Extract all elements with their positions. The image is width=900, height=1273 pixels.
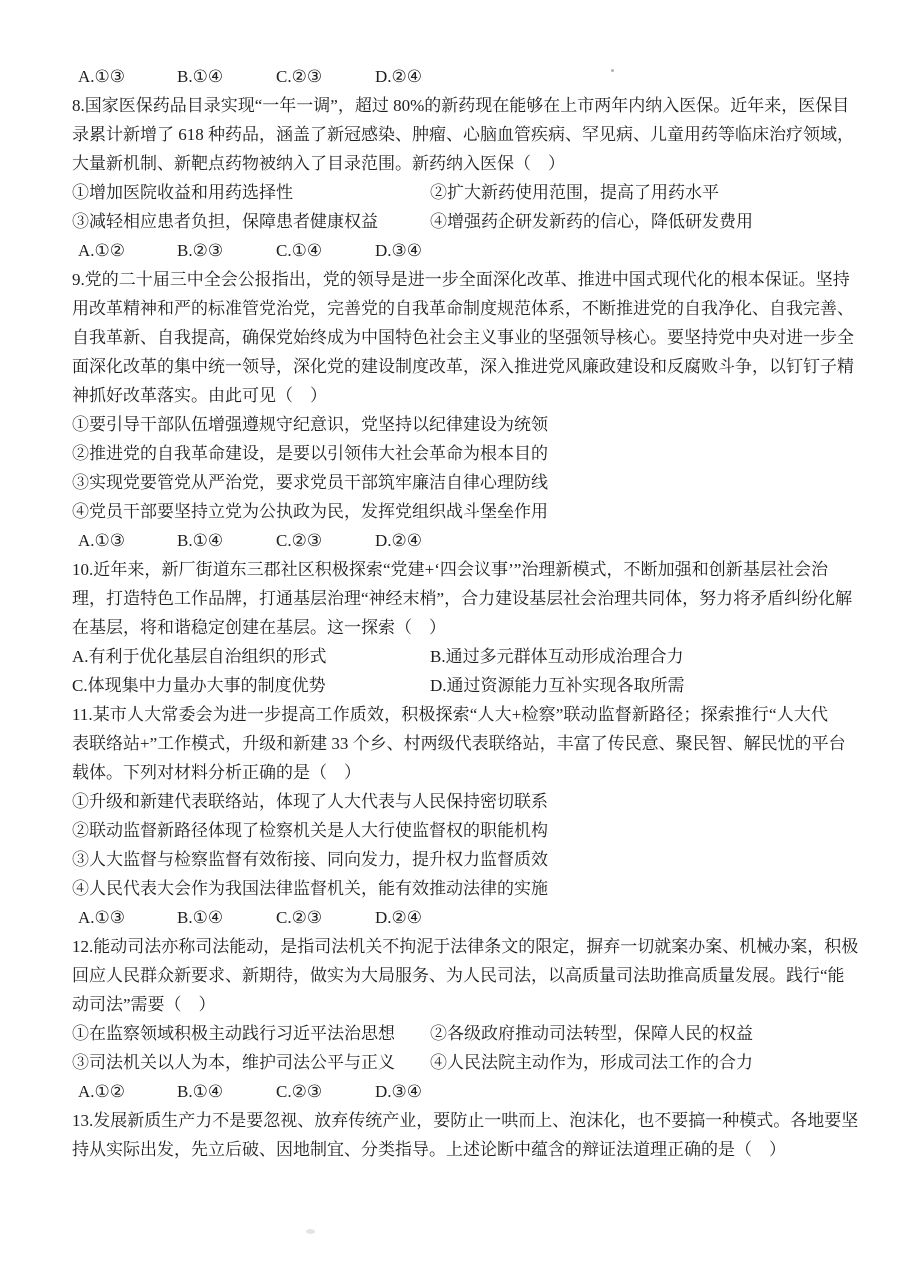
answer-choice: A.①③	[78, 903, 177, 932]
option-left: ①在监察领域积极主动践行习近平法治思想	[72, 1019, 430, 1048]
option-right: ④增强药企研发新药的信心，降低研发费用	[430, 212, 753, 231]
text-line: 大量新机制、新靶点药物被纳入了目录范围。新药纳入医保（ ）	[72, 149, 828, 178]
text-line: 8.国家医保药品目录实现“一年一调”，超过 80%的新药现在能够在上市两年内纳入…	[72, 91, 828, 120]
answer-choices-row: A.①③B.①④C.②③D.②④	[72, 526, 828, 555]
answer-choices-row: A.①②B.①④C.②③D.③④	[72, 1077, 828, 1106]
option-pair-row: ③减轻相应患者负担，保障患者健康权益④增强药企研发新药的信心，降低研发费用	[72, 207, 828, 236]
text-line: ②联动监督新路径体现了检察机关是人大行使监督权的职能机构	[72, 816, 828, 845]
answer-choice: C.①④	[276, 236, 375, 265]
option-right: D.通过资源能力互补实现各取所需	[430, 676, 685, 695]
option-left: ③司法机关以人为本，维护司法公平与正义	[72, 1048, 430, 1077]
answer-choice: A.①③	[78, 62, 177, 91]
text-line: 动司法”需要（ ）	[72, 990, 828, 1019]
answer-choices-row: A.①③B.①④C.②③D.②④	[72, 62, 828, 91]
text-line: ①升级和新建代表联络站，体现了人大代表与人民保持密切联系	[72, 787, 828, 816]
text-line: ①要引导干部队伍增强遵规守纪意识，党坚持以纪律建设为统领	[72, 410, 828, 439]
text-line: 用改革精神和严的标准管党治党，完善党的自我革命制度规范体系，不断推进党的自我净化…	[72, 294, 828, 323]
option-left: A.有利于优化基层自治组织的形式	[72, 642, 430, 671]
answer-choice: C.②③	[276, 903, 375, 932]
option-pair-row: ①增加医院收益和用药选择性②扩大新药使用范围，提高了用药水平	[72, 178, 828, 207]
answer-choice: A.①②	[78, 1077, 177, 1106]
text-line: 神抓好改革落实。由此可见（ ）	[72, 381, 828, 410]
text-line: 理，打造特色工作品牌，打通基层治理“神经末梢”，合力建设基层社会治理共同体，努力…	[72, 584, 828, 613]
option-left: C.体现集中力量办大事的制度优势	[72, 671, 430, 700]
answer-choice: B.①④	[177, 1077, 276, 1106]
text-line: 13.发展新质生产力不是要忽视、放弃传统产业，要防止一哄而上、泡沫化，也不要搞一…	[72, 1106, 828, 1135]
option-left: ①增加医院收益和用药选择性	[72, 178, 430, 207]
answer-choice: A.①③	[78, 526, 177, 555]
text-line: 10.近年来，新厂街道东三郡社区积极探索“党建+‘四会议事’”治理新模式，不断加…	[72, 555, 828, 584]
text-line: ④党员干部要坚持立党为公执政为民，发挥党组织战斗堡垒作用	[72, 497, 828, 526]
answer-choice: D.②④	[375, 526, 422, 555]
option-pair-row: C.体现集中力量办大事的制度优势D.通过资源能力互补实现各取所需	[72, 671, 828, 700]
option-left: ③减轻相应患者负担，保障患者健康权益	[72, 207, 430, 236]
text-line: ②推进党的自我革命建设，是要以引领伟大社会革命为根本目的	[72, 439, 828, 468]
answer-choices-row: A.①②B.②③C.①④D.③④	[72, 236, 828, 265]
answer-choice: A.①②	[78, 236, 177, 265]
option-right: ②扩大新药使用范围，提高了用药水平	[430, 183, 719, 202]
text-line: 11.某市人大常委会为进一步提高工作质效，积极探索“人大+检察”联动监督新路径；…	[72, 700, 828, 729]
text-line: 回应人民群众新要求、新期待，做实为大局服务、为人民司法，以高质量司法助推高质量发…	[72, 961, 828, 990]
answer-choice: C.②③	[276, 62, 375, 91]
answer-choice: D.③④	[375, 236, 422, 265]
answer-choice: D.②④	[375, 903, 422, 932]
answer-choice: C.②③	[276, 526, 375, 555]
scan-smudge	[306, 1229, 315, 1234]
text-line: 自我革新、自我提高，确保党始终成为中国特色社会主义事业的坚强领导核心。要坚持党中…	[72, 323, 828, 352]
scan-speck	[611, 69, 614, 72]
answer-choice: D.②④	[375, 62, 422, 91]
answer-choice: D.③④	[375, 1077, 422, 1106]
option-right: ④人民法院主动作为，形成司法工作的合力	[430, 1053, 753, 1072]
text-line: 在基层，将和谐稳定创建在基层。这一探索（ ）	[72, 613, 828, 642]
option-right: B.通过多元群体互动形成治理合力	[430, 647, 684, 666]
text-line: 面深化改革的集中统一领导，深化党的建设制度改革，深入推进党风廉政建设和反腐败斗争…	[72, 352, 828, 381]
answer-choice: B.①④	[177, 526, 276, 555]
exam-page: A.①③B.①④C.②③D.②④8.国家医保药品目录实现“一年一调”，超过 80…	[0, 0, 900, 1273]
text-line: 载体。下列对材料分析正确的是（ ）	[72, 758, 828, 787]
exam-body: A.①③B.①④C.②③D.②④8.国家医保药品目录实现“一年一调”，超过 80…	[72, 62, 828, 1164]
option-pair-row: ③司法机关以人为本，维护司法公平与正义④人民法院主动作为，形成司法工作的合力	[72, 1048, 828, 1077]
text-line: 表联络站+”工作模式，升级和新建 33 个乡、村两级代表联络站，丰富了传民意、聚…	[72, 729, 828, 758]
text-line: 录累计新增了 618 种药品，涵盖了新冠感染、肿瘤、心脑血管疾病、罕见病、儿童用…	[72, 120, 828, 149]
text-line: ③实现党要管党从严治党，要求党员干部筑牢廉洁自律心理防线	[72, 468, 828, 497]
option-pair-row: A.有利于优化基层自治组织的形式B.通过多元群体互动形成治理合力	[72, 642, 828, 671]
answer-choice: B.②③	[177, 236, 276, 265]
answer-choice: C.②③	[276, 1077, 375, 1106]
answer-choice: B.①④	[177, 903, 276, 932]
text-line: 持从实际出发，先立后破、因地制宜、分类指导。上述论断中蕴含的辩证法道理正确的是（…	[72, 1135, 828, 1164]
answer-choice: B.①④	[177, 62, 276, 91]
text-line: 12.能动司法亦称司法能动，是指司法机关不拘泥于法律条文的限定，摒弃一切就案办案…	[72, 932, 828, 961]
text-line: 9.党的二十届三中全会公报指出，党的领导是进一步全面深化改革、推进中国式现代化的…	[72, 265, 828, 294]
option-pair-row: ①在监察领域积极主动践行习近平法治思想②各级政府推动司法转型，保障人民的权益	[72, 1019, 828, 1048]
text-line: ④人民代表大会作为我国法律监督机关，能有效推动法律的实施	[72, 874, 828, 903]
text-line: ③人大监督与检察监督有效衔接、同向发力，提升权力监督质效	[72, 845, 828, 874]
answer-choices-row: A.①③B.①④C.②③D.②④	[72, 903, 828, 932]
option-right: ②各级政府推动司法转型，保障人民的权益	[430, 1024, 753, 1043]
